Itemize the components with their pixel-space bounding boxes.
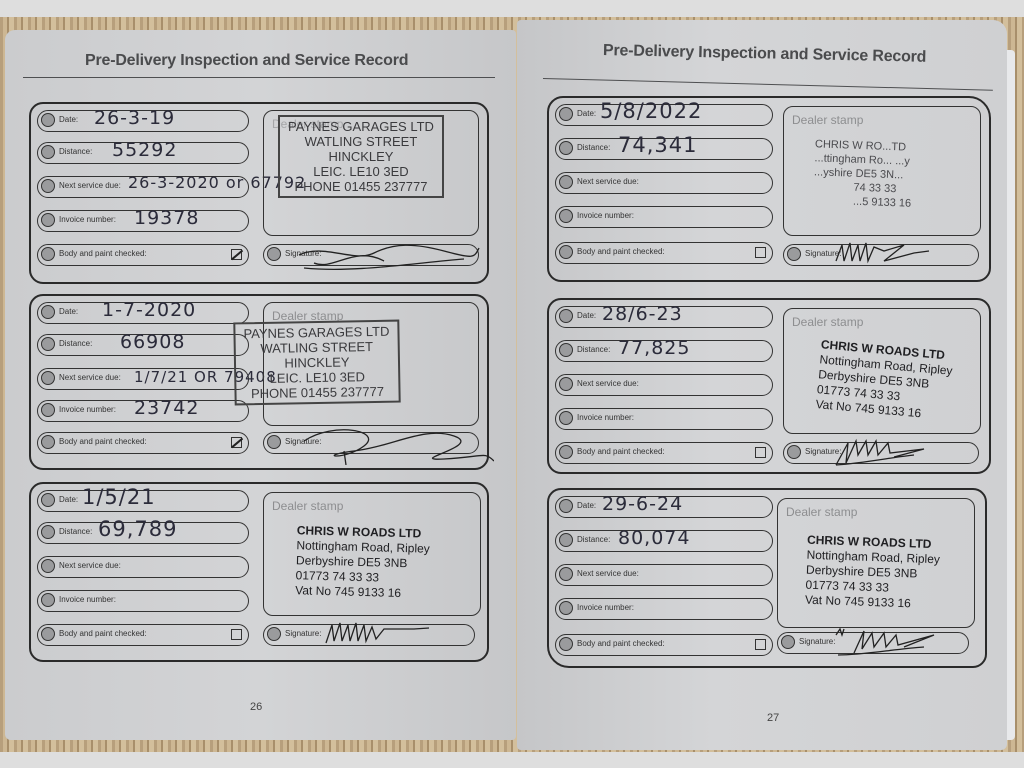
distance-field[interactable]: Distance:66908 bbox=[37, 334, 249, 356]
date-field[interactable]: Date:29-6-24 bbox=[555, 496, 773, 518]
handwritten-signature bbox=[834, 239, 934, 267]
body-paint-checkbox[interactable] bbox=[231, 437, 242, 448]
page-number: 27 bbox=[767, 712, 779, 724]
bullet-icon bbox=[41, 525, 55, 539]
dealer-stamp-label: Dealer stamp bbox=[272, 499, 343, 513]
date-value: 5/8/2022 bbox=[600, 99, 702, 123]
bullet-icon bbox=[559, 567, 573, 581]
body-paint-checkbox[interactable] bbox=[755, 639, 766, 650]
bullet-icon bbox=[41, 337, 55, 351]
service-record-1: Date:26-3-19 Distance:55292 Next service… bbox=[29, 102, 489, 284]
bullet-icon bbox=[559, 175, 573, 189]
body-paint-label: Body and paint checked: bbox=[577, 447, 665, 456]
invoice-field[interactable]: Invoice number:19378 bbox=[37, 210, 249, 232]
bullet-icon bbox=[267, 247, 281, 261]
body-paint-field: Body and paint checked: bbox=[37, 432, 249, 454]
dealer-stamp-label: Dealer stamp bbox=[792, 315, 863, 329]
bullet-icon bbox=[781, 635, 795, 649]
date-value: 1/5/21 bbox=[82, 485, 156, 509]
body-paint-checkbox[interactable] bbox=[755, 447, 766, 458]
service-record-3: Date:29-6-24 Distance:80,074 Next servic… bbox=[547, 488, 987, 668]
distance-field[interactable]: Distance:69,789 bbox=[37, 522, 249, 544]
date-label: Date: bbox=[59, 307, 78, 316]
bullet-icon bbox=[559, 209, 573, 223]
bullet-icon bbox=[559, 377, 573, 391]
stamp-line: ...5 9133 16 bbox=[813, 193, 912, 210]
bullet-icon bbox=[41, 593, 55, 607]
dealer-stamp-label: Dealer stamp bbox=[786, 505, 857, 519]
distance-label: Distance: bbox=[59, 527, 92, 536]
date-label: Date: bbox=[59, 115, 78, 124]
stamp-line: HINCKLEY bbox=[288, 149, 434, 164]
distance-label: Distance: bbox=[59, 339, 92, 348]
distance-value: 77,825 bbox=[618, 337, 690, 359]
next-service-field[interactable]: Next service due: bbox=[555, 374, 773, 396]
service-record-1: Date:5/8/2022 Distance:74,341 Next servi… bbox=[547, 96, 991, 282]
bullet-icon bbox=[41, 305, 55, 319]
bullet-icon bbox=[559, 499, 573, 513]
date-field[interactable]: Date:28/6-23 bbox=[555, 306, 773, 328]
date-field[interactable]: Date:1-7-2020 bbox=[37, 302, 249, 324]
distance-field[interactable]: Distance:77,825 bbox=[555, 340, 773, 362]
next-service-label: Next service due: bbox=[59, 181, 121, 190]
dealer-stamp-box: Dealer stamp CHRIS W ROADS LTD Nottingha… bbox=[263, 492, 481, 616]
invoice-label: Invoice number: bbox=[577, 413, 634, 422]
date-value: 28/6-23 bbox=[602, 303, 683, 325]
body-paint-field: Body and paint checked: bbox=[37, 244, 249, 266]
stamp-line: PHONE 01455 237777 bbox=[288, 179, 434, 194]
signature-field[interactable]: Signature: bbox=[777, 632, 969, 654]
body-paint-field: Body and paint checked: bbox=[555, 242, 773, 264]
dealer-stamp-box: Dealer stamp CHRIS W ROADS LTD Nottingha… bbox=[783, 308, 981, 434]
next-service-label: Next service due: bbox=[59, 561, 121, 570]
distance-label: Distance: bbox=[577, 535, 610, 544]
left-page: Pre-Delivery Inspection and Service Reco… bbox=[5, 30, 516, 740]
bullet-icon bbox=[559, 533, 573, 547]
bullet-icon bbox=[41, 435, 55, 449]
signature-label: Signature: bbox=[285, 629, 321, 638]
page-title: Pre-Delivery Inspection and Service Reco… bbox=[85, 52, 408, 70]
bullet-icon bbox=[559, 601, 573, 615]
next-service-field[interactable]: Next service due: bbox=[555, 172, 773, 194]
invoice-field[interactable]: Invoice number: bbox=[555, 206, 773, 228]
bullet-icon bbox=[559, 107, 573, 121]
invoice-field[interactable]: Invoice number: bbox=[555, 408, 773, 430]
distance-label: Distance: bbox=[59, 147, 92, 156]
bullet-icon bbox=[559, 343, 573, 357]
bullet-icon bbox=[559, 445, 573, 459]
handwritten-signature bbox=[294, 233, 484, 273]
bullet-icon bbox=[41, 559, 55, 573]
bullet-icon bbox=[559, 411, 573, 425]
stamp-line: LEIC. LE10 3ED bbox=[288, 164, 434, 179]
body-paint-checkbox[interactable] bbox=[755, 247, 766, 258]
body-paint-field: Body and paint checked: bbox=[37, 624, 249, 646]
bullet-icon bbox=[559, 245, 573, 259]
bullet-icon bbox=[559, 309, 573, 323]
next-service-field[interactable]: Next service due:26-3-2020 or 67792 bbox=[37, 176, 249, 198]
date-label: Date: bbox=[577, 501, 596, 510]
signature-field[interactable]: Signature: bbox=[263, 432, 479, 454]
invoice-field[interactable]: Invoice number: bbox=[555, 598, 773, 620]
bullet-icon bbox=[41, 247, 55, 261]
date-label: Date: bbox=[577, 311, 596, 320]
stamp-line: Vat No 745 9133 16 bbox=[295, 583, 429, 601]
next-service-label: Next service due: bbox=[577, 569, 639, 578]
dealer-stamp: PAYNES GARAGES LTD WATLING STREET HINCKL… bbox=[233, 320, 400, 406]
body-paint-label: Body and paint checked: bbox=[59, 249, 147, 258]
stamp-line: WATLING STREET bbox=[288, 134, 434, 149]
invoice-value: 19378 bbox=[134, 207, 199, 229]
invoice-label: Invoice number: bbox=[59, 595, 116, 604]
next-service-field[interactable]: Next service due: bbox=[555, 564, 773, 586]
body-paint-checkbox[interactable] bbox=[231, 629, 242, 640]
bullet-icon bbox=[41, 145, 55, 159]
dealer-stamp-box: Dealer stamp PAYNES GARAGES LTD WATLING … bbox=[263, 110, 479, 236]
invoice-value: 23742 bbox=[134, 397, 199, 419]
title-rule bbox=[543, 78, 993, 91]
body-paint-checkbox[interactable] bbox=[231, 249, 242, 260]
distance-label: Distance: bbox=[577, 143, 610, 152]
next-service-label: Next service due: bbox=[577, 177, 639, 186]
next-service-field[interactable]: Next service due:1/7/21 OR 79408 bbox=[37, 368, 249, 390]
dealer-stamp: CHRIS W ROADS LTD Nottingham Road, Riple… bbox=[805, 533, 941, 613]
date-field[interactable]: Date:5/8/2022 bbox=[555, 104, 773, 126]
invoice-label: Invoice number: bbox=[577, 603, 634, 612]
bullet-icon bbox=[41, 627, 55, 641]
invoice-field[interactable]: Invoice number: bbox=[37, 590, 249, 612]
date-label: Date: bbox=[577, 109, 596, 118]
handwritten-signature bbox=[834, 625, 944, 659]
dealer-stamp-box: Dealer stamp CHRIS W ROADS LTD Nottingha… bbox=[777, 498, 975, 628]
top-border-band bbox=[0, 0, 1024, 17]
title-rule bbox=[23, 77, 495, 78]
distance-value: 69,789 bbox=[98, 517, 177, 541]
distance-label: Distance: bbox=[577, 345, 610, 354]
body-paint-label: Body and paint checked: bbox=[577, 247, 665, 256]
bullet-icon bbox=[559, 637, 573, 651]
signature-field[interactable]: Signature: bbox=[263, 244, 479, 266]
service-record-3: Date:1/5/21 Distance:69,789 Next service… bbox=[29, 482, 489, 662]
next-service-label: Next service due: bbox=[59, 373, 121, 382]
invoice-field[interactable]: Invoice number:23742 bbox=[37, 400, 249, 422]
date-value: 29-6-24 bbox=[602, 493, 683, 515]
stamp-line: PAYNES GARAGES LTD bbox=[288, 119, 434, 134]
handwritten-signature bbox=[834, 435, 944, 469]
next-service-label: Next service due: bbox=[577, 379, 639, 388]
handwritten-signature bbox=[294, 421, 494, 465]
dealer-stamp-box: Dealer stamp PAYNES GARAGES LTD WATLING … bbox=[263, 302, 479, 426]
bullet-icon bbox=[41, 213, 55, 227]
invoice-label: Invoice number: bbox=[577, 211, 634, 220]
signature-field[interactable]: Signature: bbox=[263, 624, 475, 646]
dealer-stamp: PAYNES GARAGES LTD WATLING STREET HINCKL… bbox=[278, 115, 444, 198]
service-record-2: Date:28/6-23 Distance:77,825 Next servic… bbox=[547, 298, 991, 474]
bottom-border-band bbox=[0, 752, 1024, 768]
distance-value: 55292 bbox=[112, 139, 177, 161]
stamp-line: PHONE 01455 237777 bbox=[244, 384, 390, 402]
bullet-icon bbox=[41, 403, 55, 417]
date-field[interactable]: Date:1/5/21 bbox=[37, 490, 249, 512]
bullet-icon bbox=[787, 247, 801, 261]
page-title: Pre-Delivery Inspection and Service Reco… bbox=[603, 42, 927, 67]
body-paint-label: Body and paint checked: bbox=[59, 437, 147, 446]
body-paint-field: Body and paint checked: bbox=[555, 634, 773, 656]
dealer-stamp-faded: CHRIS W RO...TD ...ttingham Ro... ...y .… bbox=[813, 137, 913, 210]
service-record-2: Date:1-7-2020 Distance:66908 Next servic… bbox=[29, 294, 489, 470]
date-value: 1-7-2020 bbox=[102, 299, 196, 321]
bullet-icon bbox=[41, 179, 55, 193]
dealer-stamp-box: Dealer stamp CHRIS W RO...TD ...ttingham… bbox=[783, 106, 981, 236]
bullet-icon bbox=[267, 627, 281, 641]
body-paint-label: Body and paint checked: bbox=[577, 639, 665, 648]
date-field[interactable]: Date:26-3-19 bbox=[37, 110, 249, 132]
distance-field[interactable]: Distance:55292 bbox=[37, 142, 249, 164]
body-paint-field: Body and paint checked: bbox=[555, 442, 773, 464]
date-value: 26-3-19 bbox=[94, 107, 175, 129]
distance-field[interactable]: Distance:80,074 bbox=[555, 530, 773, 552]
distance-value: 66908 bbox=[120, 331, 185, 353]
invoice-label: Invoice number: bbox=[59, 405, 116, 414]
invoice-label: Invoice number: bbox=[59, 215, 116, 224]
handwritten-signature bbox=[324, 619, 434, 649]
bullet-icon bbox=[41, 371, 55, 385]
bullet-icon bbox=[41, 493, 55, 507]
signature-label: Signature: bbox=[799, 637, 835, 646]
bullet-icon bbox=[41, 113, 55, 127]
bullet-icon bbox=[787, 445, 801, 459]
body-paint-label: Body and paint checked: bbox=[59, 629, 147, 638]
bullet-icon bbox=[267, 435, 281, 449]
dealer-stamp: CHRIS W ROADS LTD Nottingham Road, Riple… bbox=[815, 337, 954, 423]
page-number: 26 bbox=[250, 701, 262, 713]
distance-field[interactable]: Distance:74,341 bbox=[555, 138, 773, 160]
distance-value: 80,074 bbox=[618, 527, 690, 549]
signature-field[interactable]: Signature: bbox=[783, 442, 979, 464]
next-service-field[interactable]: Next service due: bbox=[37, 556, 249, 578]
dealer-stamp-label: Dealer stamp bbox=[792, 113, 863, 127]
distance-value: 74,341 bbox=[618, 133, 697, 157]
right-page: Pre-Delivery Inspection and Service Reco… bbox=[517, 20, 1007, 750]
bullet-icon bbox=[559, 141, 573, 155]
stamp-line: WATLING STREET bbox=[244, 339, 390, 357]
date-label: Date: bbox=[59, 495, 78, 504]
dealer-stamp: CHRIS W ROADS LTD Nottingham Road, Riple… bbox=[295, 523, 430, 601]
signature-field[interactable]: Signature: bbox=[783, 244, 979, 266]
